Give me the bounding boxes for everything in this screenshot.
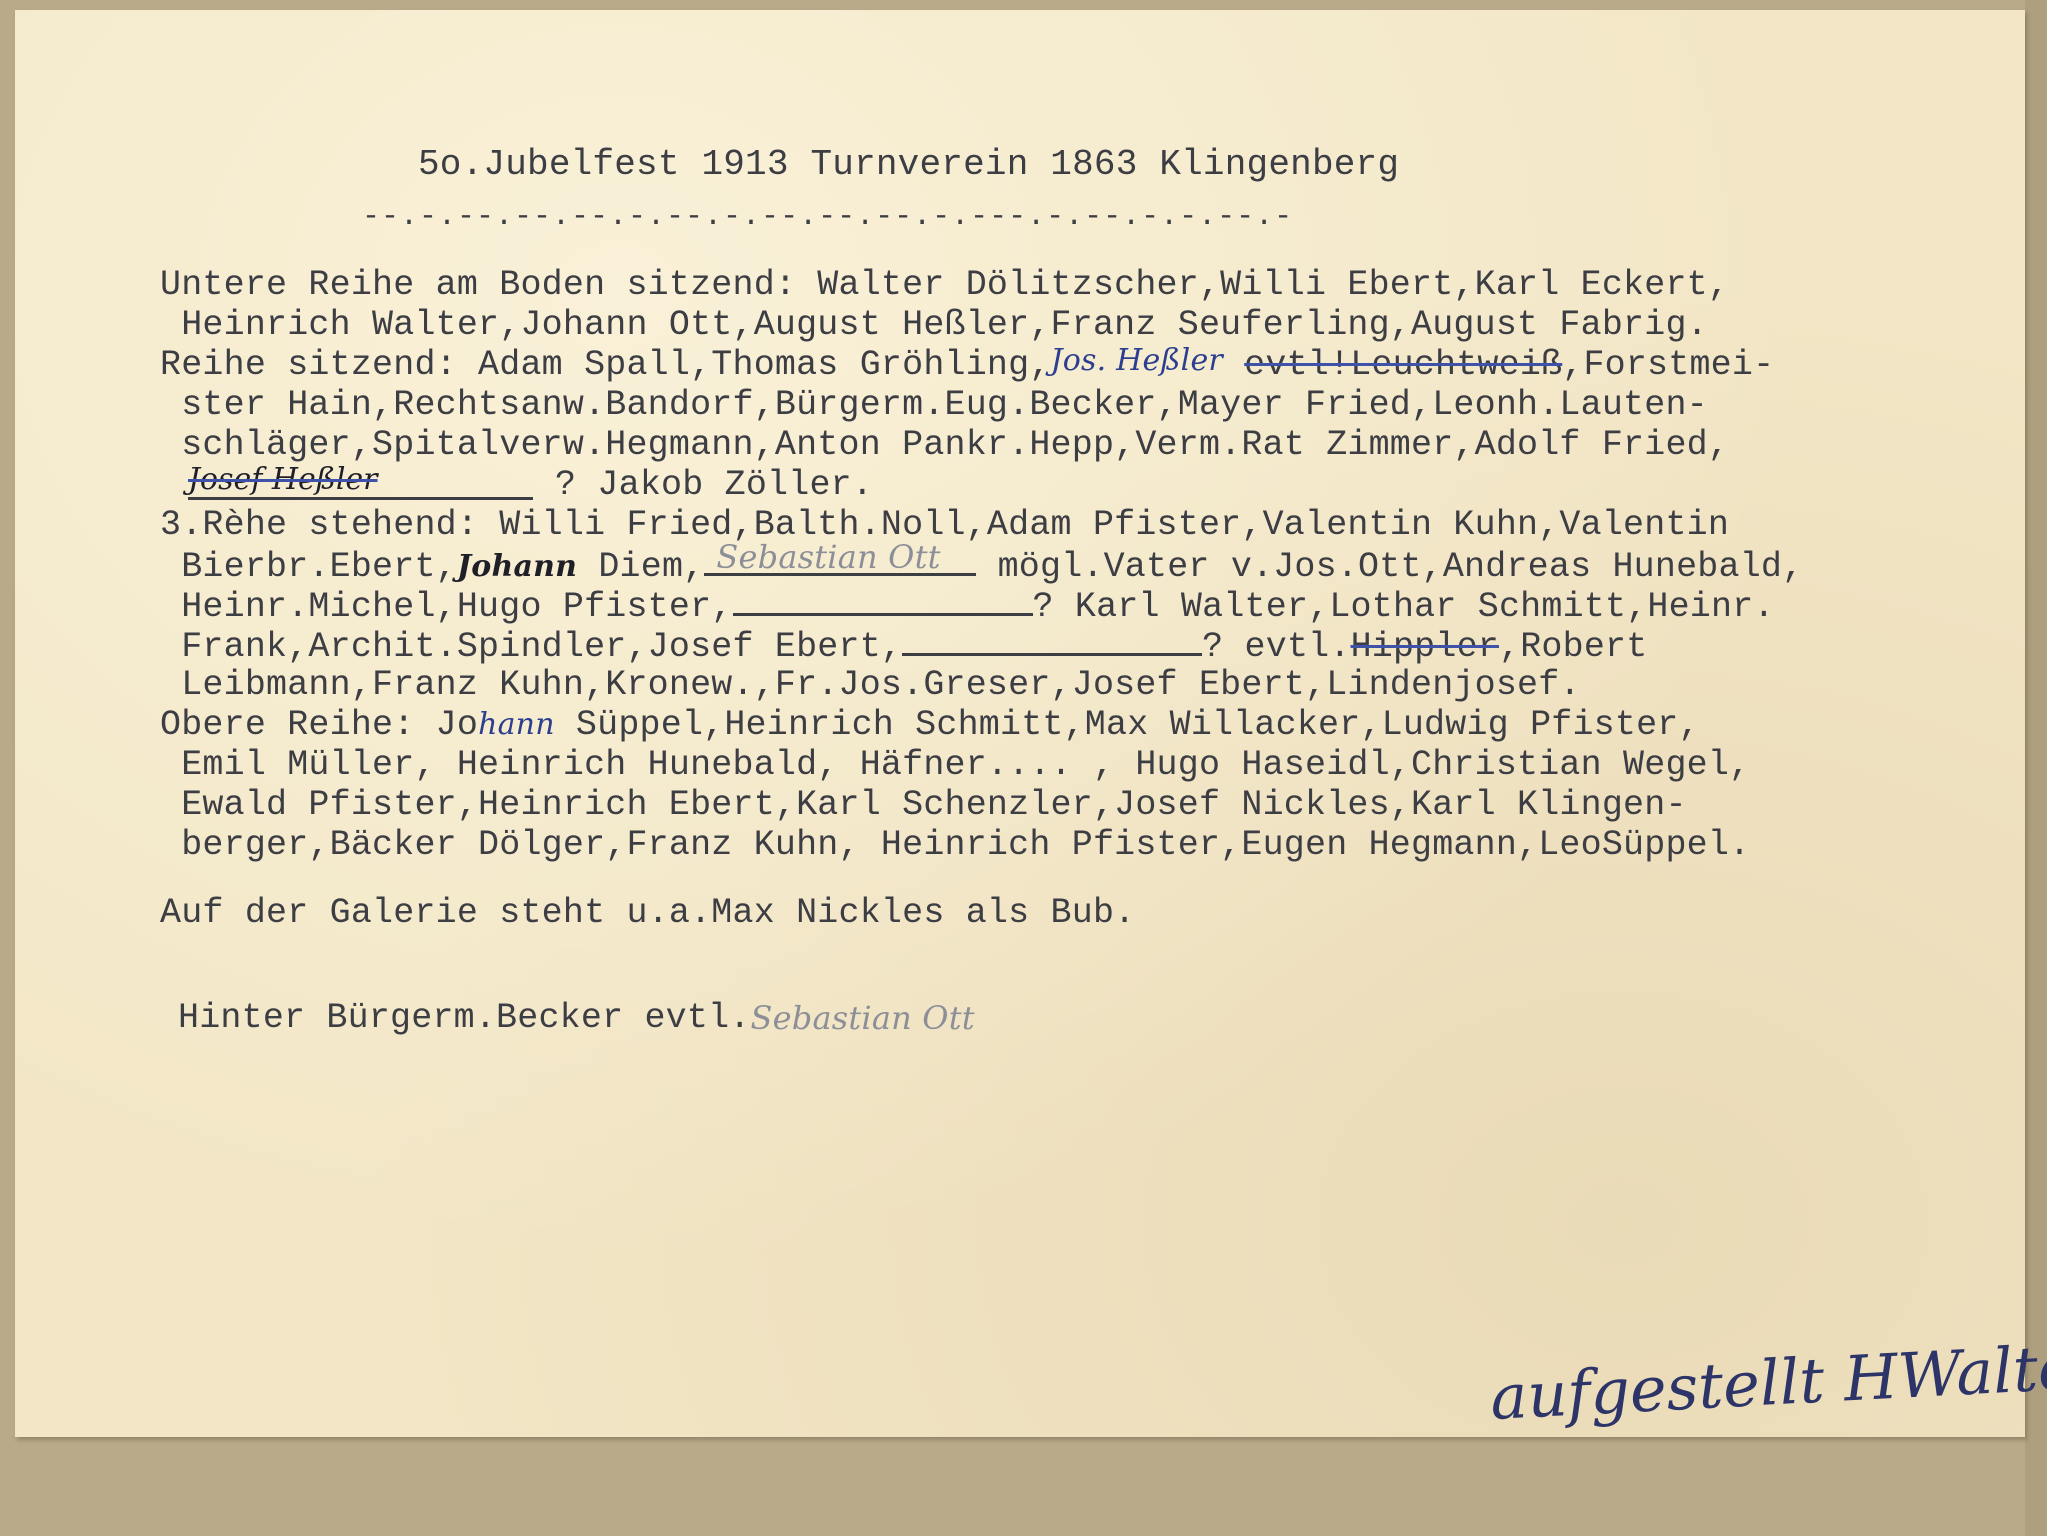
frank-spindler-text: Frank,Archit.Spindler,Josef Ebert, <box>160 627 902 667</box>
evtl-text: ? evtl. <box>1202 627 1350 667</box>
heinr-michel-text: Heinr.Michel,Hugo Pfister, <box>160 587 733 627</box>
blank-line-2 <box>902 625 1202 656</box>
row-bottom-line-2: Heinrich Walter,Johann Ott,August Heßler… <box>160 305 1708 345</box>
document-title: 5o.Jubelfest 1913 Turnverein 1863 Klinge… <box>418 145 1399 185</box>
row-bottom-line-1: Untere Reihe am Boden sitzend: Walter Dö… <box>160 265 1729 305</box>
sueppel-text: Süppel,Heinrich Schmitt,Max Willacker,Lu… <box>555 705 1700 745</box>
row-seated-text: Reihe sitzend: Adam Spall,Thomas Gröhlin… <box>160 345 1051 385</box>
row-seated-tail: ,Forstmei- <box>1562 345 1774 385</box>
row-standing-line-5: Leibmann,Franz Kuhn,Kronew.,Fr.Jos.Grese… <box>160 665 1581 705</box>
row-standing-line-3: Heinr.Michel,Hugo Pfister,? Karl Walter,… <box>160 585 1775 627</box>
row-standing-line-1: 3.Rèhe stehend: Willi Fried,Balth.Noll,A… <box>160 505 1729 545</box>
behind-note-text: Hinter Bürgerm.Becker evtl. <box>178 998 751 1038</box>
row-top-line-1: Obere Reihe: Johann Süppel,Heinrich Schm… <box>160 705 1700 745</box>
obere-reihe-label: Obere Reihe: Jo <box>160 705 478 745</box>
handwritten-johann: Johann <box>457 549 577 584</box>
gallery-note: Auf der Galerie steht u.a.Max Nickles al… <box>160 893 1135 933</box>
robert-text: ,Robert <box>1499 627 1647 667</box>
title-underline-rule: --.-.--.--.--.-.--.-.--.--.--.-.---.-.--… <box>362 200 1293 234</box>
row-top-line-2: Emil Müller, Heinrich Hunebald, Häfner..… <box>160 745 1750 785</box>
handwritten-sebastian-ott: Sebastian Ott <box>716 537 940 577</box>
row-top-line-3: Ewald Pfister,Heinrich Ebert,Karl Schenz… <box>160 785 1687 825</box>
row-seated-line-1: Reihe sitzend: Adam Spall,Thomas Gröhlin… <box>160 345 1774 385</box>
handwritten-sebastian-ott-pencil: Sebastian Ott <box>751 998 975 1038</box>
diem-text: Diem, <box>577 547 704 587</box>
behind-mayor-note: Hinter Bürgerm.Becker evtl.Sebastian Ott <box>178 998 751 1038</box>
row-top-line-4: berger,Bäcker Dölger,Franz Kuhn, Heinric… <box>160 825 1750 865</box>
moegl-vater-text: mögl.Vater v.Jos.Ott,Andreas Hunebald, <box>976 547 1803 587</box>
blank-line-sebastian: Sebastian Ott <box>704 545 976 576</box>
row-seated-line-2: ster Hain,Rechtsanw.Bandorf,Bürgerm.Eug.… <box>160 385 1708 425</box>
row-standing-line-4: Frank,Archit.Spindler,Josef Ebert,? evtl… <box>160 625 1647 667</box>
blank-line-1 <box>733 585 1033 616</box>
row-standing-line-2: Bierbr.Ebert,Johann Diem,Sebastian Ott m… <box>160 545 1803 587</box>
row-seated-line-4: ? Jakob Zöller. <box>555 465 873 505</box>
handwritten-hann-overstrike: hann <box>478 707 555 742</box>
struck-leuchtweiss: evtl!Leuchtweiß <box>1244 345 1562 385</box>
struck-hippler: Hippler <box>1351 627 1499 667</box>
handwritten-josef-hessler-struck: Josef Heßler <box>188 462 533 500</box>
bierbr-ebert-text: Bierbr.Ebert, <box>160 547 457 587</box>
row-seated-line-3: schläger,Spitalverw.Hegmann,Anton Pankr.… <box>160 425 1729 465</box>
handwritten-insert-jos-hessler: Jos. Heßler <box>1051 343 1223 378</box>
karl-walter-text: ? Karl Walter,Lothar Schmitt,Heinr. <box>1033 587 1775 627</box>
mount-board-edge <box>2025 0 2047 1536</box>
